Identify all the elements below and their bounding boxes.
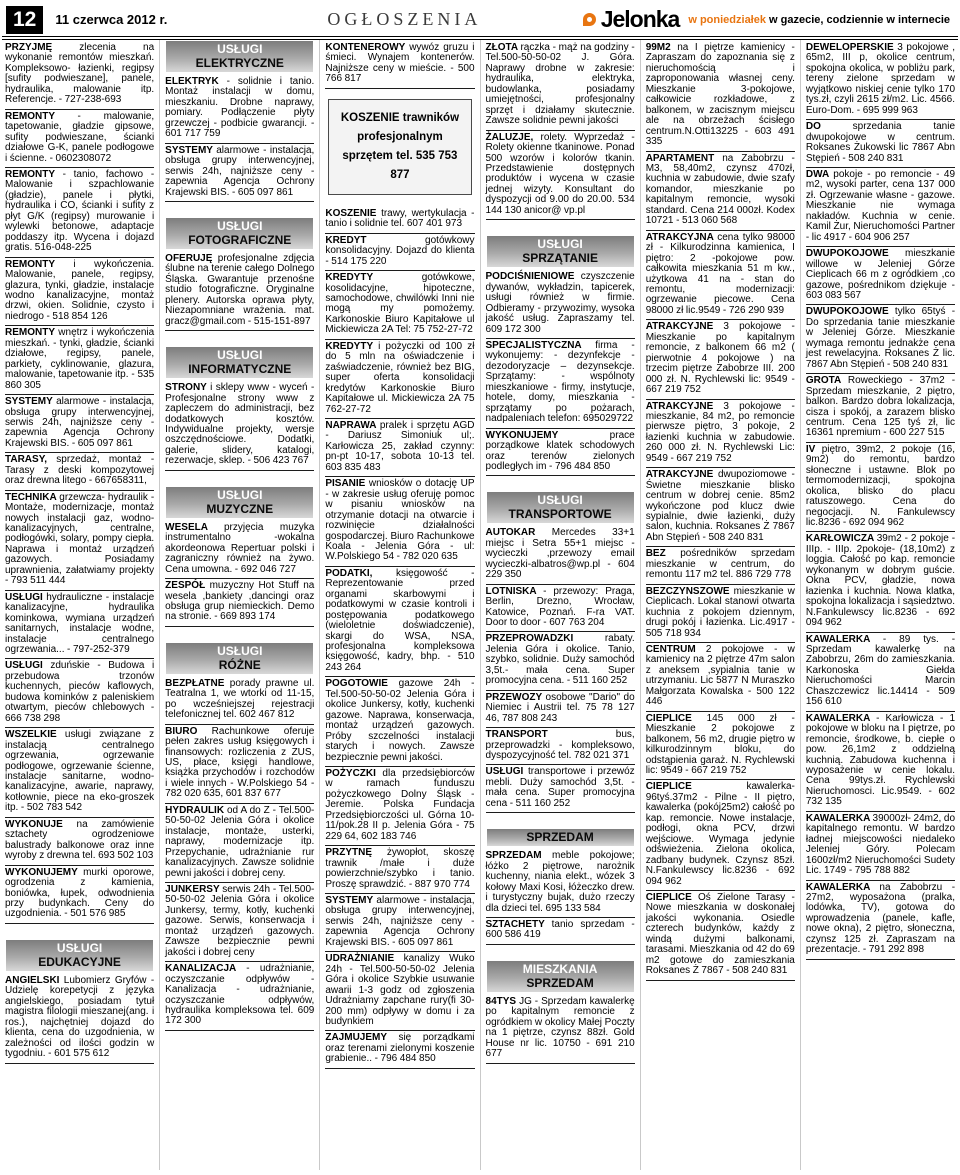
ad-lead-word: SYSTEMY: [5, 396, 56, 407]
classified-ad: REMONTY wnętrz i wykończenia mieszkań. -…: [5, 326, 154, 395]
classified-ad: TARASY, sprzedaż, montaż - Tarasy z desk…: [5, 453, 154, 490]
classified-ad: PRZEPROWADZKI rabaty. Jelenia Góra i oko…: [486, 632, 635, 690]
classified-ad: KOSZENIE trawy, wertykulacja - tanio i s…: [325, 207, 474, 234]
classified-ad: PODCIŚNIENIOWE czyszczenie dywanów, wykł…: [486, 270, 635, 339]
section-header-line: TRANSPORTOWE: [487, 507, 634, 521]
classified-ad: PRZYTNĘ żywopłot, skoszę trawnik /małe i…: [325, 846, 474, 894]
section-header: MIESZKANIASPRZEDAM: [487, 961, 634, 992]
ad-lead-word: SYSTEMY: [325, 895, 376, 906]
ad-lead-word: SZTACHETY: [486, 919, 552, 930]
page-header: 12 11 czerwca 2012 r. OGŁOSZENIA Jelonka…: [0, 0, 960, 36]
classified-ad: 84TYS JG - Sprzedam kawalerkę po kapital…: [486, 995, 635, 1064]
ad-lead-word: ATRAKCYJNE: [646, 321, 724, 332]
column-6: DEWELOPERSKIE 3 pokojowe , 65m2, III p, …: [800, 40, 960, 1170]
ad-lead-word: DWUPOKOJOWE: [806, 306, 895, 317]
classified-ad: ZAJMUJEMY się porządkami oraz terenami z…: [325, 1031, 474, 1068]
ad-lead-word: AUTOKAR: [486, 527, 552, 538]
ad-lead-word: BEZPŁATNE: [165, 678, 230, 689]
ad-lead-word: KAWALERKA: [806, 634, 883, 645]
section-header-line: FOTOGRAFICZNE: [166, 233, 313, 247]
classified-ad: DO sprzedania tanie dwupokojowe w centru…: [806, 120, 955, 168]
section-header: USŁUGIFOTOGRAFICZNE: [166, 218, 313, 249]
classified-ad: SZTACHETY tanio sprzedam - 600 586 419: [486, 918, 635, 945]
tagline-highlight: w poniedziałek: [688, 14, 766, 26]
ad-lead-word: REMONTY: [5, 327, 58, 338]
ad-lead-word: OFERUJĘ: [165, 253, 218, 264]
classified-ad: CIEPLICE Oś Zielone Tarasy - Nowe mieszk…: [646, 891, 795, 981]
section-header: USŁUGITRANSPORTOWE: [487, 492, 634, 523]
classified-ad: KREDYT gotówkowy konsolidacyjny. Dojazd …: [325, 234, 474, 271]
classified-ad: REMONTY i wykończenia. Malowanie, panele…: [5, 258, 154, 327]
classified-ad: JUNKERSY serwis 24h - Tel.500-50-50-02 J…: [165, 883, 314, 962]
ad-lead-word: HYDRAULIK: [165, 805, 227, 816]
ad-lead-word: 99M2: [646, 42, 678, 53]
ad-lead-word: KANALIZACJA: [165, 963, 246, 974]
section-header: USŁUGIEDUKACYJNE: [6, 940, 153, 971]
ad-lead-word: USŁUGI: [5, 660, 50, 671]
section-header-line: MUZYCZNE: [166, 502, 313, 516]
classified-ad: USŁUGI transportowe i przewóz mebli. Duż…: [486, 765, 635, 813]
column-1: PRZYJMĘ zlecenia na wykonanie remontów m…: [0, 40, 159, 1170]
classified-ad: APARTAMENT na Zabobrzu - M3, 58,40m2, cz…: [646, 152, 795, 231]
classified-ad: DWUPOKOJOWE mieszkanie willowe w Jelenie…: [806, 247, 955, 305]
ad-lead-word: PRZEPROWADZKI: [486, 633, 605, 644]
classified-ad: KAWALERKA - Karłowicza - 1 pokojowe w bl…: [806, 712, 955, 812]
classified-ad: POŻYCZKI dla przedsiębiorców w ramach fu…: [325, 767, 474, 846]
section-header-line: USŁUGI: [166, 644, 313, 658]
ad-lead-word: KARŁOWICZA: [806, 533, 877, 544]
section-title: OGŁOSZENIA: [327, 9, 481, 30]
ad-lead-word: KREDYTY: [325, 272, 421, 283]
classified-ad: SYSTEMY alarmowe - instalacja, obsługa g…: [165, 144, 314, 202]
ad-lead-word: NAPRAWA: [325, 420, 380, 431]
ad-lead-word: PRZEWOZY: [486, 692, 546, 703]
classified-ad: SYSTEMY alarmowe - instalacja, obsługa g…: [325, 894, 474, 952]
ad-lead-word: TECHNIKA: [5, 492, 59, 503]
classified-ad: AUTOKAR Mercedes 33+1 miejsc i Setra 55+…: [486, 526, 635, 584]
ad-lead-word: ATRAKCYJNE: [646, 469, 718, 480]
column-5: 99M2 na I piętrze kamienicy - Zapraszam …: [640, 40, 800, 1170]
classified-ad: BEZPŁATNE porady prawne ul. Teatralna 1,…: [165, 677, 314, 725]
ad-lead-word: KONTENEROWY: [325, 42, 409, 53]
classified-ad: ANGIELSKI Lubomierz Gryfów - Udzielę kor…: [5, 974, 154, 1064]
section-header-line: EDUKACYJNE: [6, 955, 153, 969]
classified-ad: WYKONUJEMY prace porządkowe klatek schod…: [486, 429, 635, 477]
newspaper-page: 12 11 czerwca 2012 r. OGŁOSZENIA Jelonka…: [0, 0, 960, 1175]
classified-ad: KANALIZACJA - udrażnianie, oczyszczanie …: [165, 962, 314, 1031]
ad-lead-word: JUNKERSY: [165, 884, 222, 895]
section-header-line: INFORMATYCZNE: [166, 362, 313, 376]
section-header: USŁUGIELEKTRYCZNE: [166, 41, 313, 72]
ad-lead-word: DWA: [806, 169, 833, 180]
section-header-line: USŁUGI: [166, 42, 313, 56]
ad-lead-word: PISANIE: [325, 478, 369, 489]
ad-lead-word: REMONTY: [5, 169, 63, 180]
classified-ad: NAPRAWA pralek i sprzętu AGD - Dariusz S…: [325, 419, 474, 477]
classified-ad: SPRZEDAM meble pokojowe; łóżko 2 piętrow…: [486, 849, 635, 918]
ad-lead-word: STRONY: [165, 382, 210, 393]
ad-lead-word: DWUPOKOJOWE: [806, 248, 905, 259]
section-header-line: SPRZEDAM: [487, 830, 634, 844]
ad-lead-word: DO: [806, 121, 853, 132]
classified-ad: LOTNISKA - przewozy: Praga, Berlin, Drez…: [486, 585, 635, 633]
boxed-ad-line: sprzętem tel. 535 753: [332, 147, 467, 166]
classified-ad: BEZ pośredników sprzedam mieszkanie w ce…: [646, 547, 795, 584]
ad-lead-word: WYKONUJEMY: [5, 867, 83, 878]
classified-ad: KAWALERKA 39000zł- 24m2, do kapitalnego …: [806, 812, 955, 881]
classified-ad: WYKONUJE na zamówienie sztachety ogrodze…: [5, 818, 154, 866]
classified-ad: OFERUJĘ profesjonalne zdjęcia ślubne na …: [165, 252, 314, 331]
ad-lead-word: ELEKTRYK: [165, 76, 226, 87]
ad-lead-word: BEZCZYNSZOWE: [646, 586, 734, 597]
ad-lead-word: PODCIŚNIENIOWE: [486, 271, 581, 282]
ad-lead-word: TARASY,: [5, 454, 56, 465]
ad-lead-word: TRANSPORT: [486, 729, 616, 740]
classified-ad: GROTA Roweckiego - 37m2 - Sprzedam miesz…: [806, 374, 955, 443]
classified-ad: USŁUGI zduńskie - Budowa i przebudowa tr…: [5, 659, 154, 728]
jelonka-logo-icon: [583, 13, 596, 26]
column-3: KONTENEROWY wywóz gruzu i śmieci. Wynaje…: [319, 40, 479, 1170]
classified-ad: ŻALUZJE, rolety. Wyprzedaż - Rolety okie…: [486, 131, 635, 221]
section-header-line: SPRZĄTANIE: [487, 251, 634, 265]
section-header-line: USŁUGI: [166, 488, 313, 502]
section-header-line: MIESZKANIA: [487, 962, 634, 976]
classified-ad: STRONY i sklepy www - wyceń - Profesjona…: [165, 381, 314, 471]
ad-lead-word: DEWELOPERSKIE: [806, 42, 897, 53]
issue-date: 11 czerwca 2012 r.: [55, 12, 167, 27]
classified-ad: WSZELKIE usługi związane z instalacją ce…: [5, 728, 154, 818]
classified-ad: DWA pokoje - po remoncie - 49 m2, wysoki…: [806, 168, 955, 247]
column-2: USŁUGIELEKTRYCZNEELEKTRYK - solidnie i t…: [159, 40, 319, 1170]
ad-lead-word: BIURO: [165, 726, 212, 737]
ad-lead-word: ANGIELSKI: [5, 975, 64, 986]
ad-lead-word: KAWALERKA: [806, 882, 880, 893]
classified-ad: ATRAKCYJNA cena tylko 98000 zł - Kilkuro…: [646, 231, 795, 321]
masthead: Jelonka w poniedziałek w gazecie, codzie…: [583, 6, 950, 33]
column-4: ZŁOTA rączka - mąż na godziny - Tel.500-…: [480, 40, 640, 1170]
classified-ad: REMONTY - malowanie, tapetowanie, gładzi…: [5, 110, 154, 168]
classified-ad: 99M2 na I piętrze kamienicy - Zapraszam …: [646, 41, 795, 152]
classified-ad: ATRAKCYJNE 3 pokojowe - Mieszkanie po ka…: [646, 320, 795, 399]
ad-lead-word: KOSZENIE: [325, 208, 381, 219]
ad-lead-word: CENTRUM: [646, 644, 706, 655]
classified-ad: SPECJALISTYCZNA firma - wykonujemy: - de…: [486, 339, 635, 429]
boxed-ad-line: 877: [332, 166, 467, 185]
classified-ad: KREDYTY i pożyczki od 100 zł do 5 mln na…: [325, 340, 474, 419]
ad-lead-word: CIEPLICE: [646, 713, 707, 724]
ad-lead-word: CIEPLICE: [646, 781, 747, 792]
ad-lead-word: PRZYTNĘ: [325, 847, 387, 858]
classified-ad: KONTENEROWY wywóz gruzu i śmieci. Wynaje…: [325, 41, 474, 89]
ad-lead-word: LOTNISKA: [486, 586, 544, 597]
classified-ad: SYSTEMY alarmowe - instalacja, obsługa g…: [5, 395, 154, 453]
ad-lead-word: USŁUGI: [5, 592, 46, 603]
classified-ad: DWUPOKOJOWE tylko 65tyś - Do sprzedania …: [806, 305, 955, 374]
section-header-line: USŁUGI: [6, 941, 153, 955]
ad-lead-word: WYKONUJEMY: [486, 430, 610, 441]
section-header: USŁUGIRÓŻNE: [166, 643, 313, 674]
ad-lead-word: ZESPÓŁ: [165, 580, 209, 591]
classified-ad: CENTRUM 2 pokojowe - w kamienicy na 2 pi…: [646, 643, 795, 712]
tagline-rest: w gazecie, codziennie w internecie: [766, 14, 950, 26]
ad-lead-word: USŁUGI: [486, 766, 528, 777]
ad-lead-word: BEZ: [646, 548, 681, 559]
section-header-line: ELEKTRYCZNE: [166, 56, 313, 70]
ad-lead-word: KAWALERKA: [806, 813, 873, 824]
ad-lead-word: KAWALERKA: [806, 713, 876, 724]
classified-ad: POGOTOWIE gazowe 24h - Tel.500-50-50-02 …: [325, 677, 474, 767]
classified-ad: BEZCZYNSZOWE mieszkanie w Cieplicach. Lo…: [646, 585, 795, 643]
jelonka-logo-text: Jelonka: [601, 6, 680, 33]
masthead-tagline: w poniedziałek w gazecie, codziennie w i…: [688, 14, 950, 26]
ad-lead-word: WSZELKIE: [5, 729, 65, 740]
boxed-ad-line: KOSZENIE trawników: [332, 109, 467, 128]
classified-ad: PRZYJMĘ zlecenia na wykonanie remontów m…: [5, 41, 154, 110]
section-header-line: USŁUGI: [487, 493, 634, 507]
ad-lead-word: KREDYTY: [325, 341, 378, 352]
ad-lead-word: SPRZEDAM: [486, 850, 553, 861]
ad-lead-word: GROTA: [806, 375, 848, 386]
section-header: USŁUGIINFORMATYCZNE: [166, 347, 313, 378]
ad-lead-word: POŻYCZKI: [325, 768, 382, 779]
section-header-line: USŁUGI: [166, 219, 313, 233]
section-header: SPRZEDAM: [487, 829, 634, 846]
section-header-line: USŁUGI: [487, 237, 634, 251]
section-header-line: USŁUGI: [166, 348, 313, 362]
classified-ad: CIEPLICE 145 000 zł - Mieszkanie 2 pokoj…: [646, 712, 795, 781]
classified-ad: CIEPLICE kawalerka- 96tyś.37m2 - Pilne -…: [646, 780, 795, 891]
classified-ad: USŁUGI hydrauliczne - instalacje kanaliz…: [5, 591, 154, 660]
classified-ad: BIURO Rachunkowe oferuje pełen zakres us…: [165, 725, 314, 804]
classified-ad: WESELA przyjęcia muzyka instrumentalno -…: [165, 521, 314, 579]
ad-lead-word: POGOTOWIE: [325, 678, 398, 689]
classified-ad: TECHNIKA grzewcza- hydraulik - Montaże, …: [5, 491, 154, 591]
ad-lead-word: 84TYS: [486, 996, 520, 1007]
section-header: USŁUGISPRZĄTANIE: [487, 236, 634, 267]
classified-ad: KARŁOWICZA 39m2 - 2 pokoje - IIIp. - III…: [806, 532, 955, 632]
classified-ad: PRZEWOZY osobowe "Dario" do Niemiec i Au…: [486, 691, 635, 728]
classified-ad: ZŁOTA rączka - mąż na godziny - Tel.500-…: [486, 41, 635, 131]
classified-ad: WYKONUJEMY murki oporowe, ogrodzenia z k…: [5, 866, 154, 924]
classified-ad: KAWALERKA na Zabobrzu - 27m2, wyposażona…: [806, 881, 955, 960]
classified-ad: HYDRAULIK od A do Z - Tel.500-50-50-02 J…: [165, 804, 314, 883]
ad-lead-word: WYKONUJE: [5, 819, 77, 830]
ad-lead-word: ŻALUZJE,: [486, 132, 541, 143]
ad-lead-word: IV: [806, 444, 822, 455]
classified-ad: KREDYTY gotówkowe, kosolidacyjne, hipote…: [325, 271, 474, 340]
classified-ad: UDRAŻNIANIE kanalizy Wuko 24h - Tel.500-…: [325, 952, 474, 1031]
ad-lead-word: ATRAKCYJNE: [646, 401, 724, 412]
ad-lead-word: PRZYJMĘ: [5, 42, 79, 53]
page-number: 12: [6, 6, 43, 34]
ad-lead-word: APARTAMENT: [646, 153, 723, 164]
section-header: USŁUGIMUZYCZNE: [166, 487, 313, 518]
ad-lead-word: WESELA: [165, 522, 224, 533]
ad-lead-word: ZAJMUJEMY: [325, 1032, 398, 1043]
ad-lead-word: SYSTEMY: [165, 145, 216, 156]
boxed-ad-line: profesjonalnym: [332, 128, 467, 147]
classified-ad: ATRAKCYJNE 3 pokojowe - mieszkanie, 84 m…: [646, 400, 795, 469]
ad-lead-word: ATRAKCYJNA: [646, 232, 718, 243]
classified-ad: KAWALERKA - 89 tys. - Sprzedam kawalerkę…: [806, 633, 955, 712]
classified-ad: DEWELOPERSKIE 3 pokojowe , 65m2, III p, …: [806, 41, 955, 120]
classified-ad: ZESPÓŁ muzyczny Hot Stuff na wesela ,ban…: [165, 579, 314, 627]
section-header-line: RÓŻNE: [166, 658, 313, 672]
ad-lead-word: SPECJALISTYCZNA: [486, 340, 596, 351]
classified-ad: PODATKI, księgowość - Reprezentowanie pr…: [325, 567, 474, 678]
classified-ad: ELEKTRYK - solidnie i tanio. Montaż inst…: [165, 75, 314, 144]
classified-ad: REMONTY - tanio, fachowo - Malowanie i s…: [5, 168, 154, 258]
ad-lead-word: REMONTY: [5, 259, 73, 270]
ad-lead-word: PODATKI,: [325, 568, 396, 579]
ad-lead-word: KREDYT: [325, 235, 425, 246]
ad-lead-word: ZŁOTA: [486, 42, 521, 53]
classified-ad: IV piętro, 39m2, 2 pokoje (16, 9m2) do r…: [806, 443, 955, 533]
ad-lead-word: UDRAŻNIANIE: [325, 953, 403, 964]
classified-ad: TRANSPORT bus, przeprowadzki - komplekso…: [486, 728, 635, 765]
classified-ad: ATRAKCYJNE dwupoziomowe - Świetne mieszk…: [646, 468, 795, 547]
classified-ad: PISANIE wniosków o dotację UP - w zakres…: [325, 477, 474, 567]
ad-lead-word: REMONTY: [5, 111, 78, 122]
boxed-ad: KOSZENIE trawnikówprofesjonalnymsprzętem…: [328, 99, 471, 195]
columns-container: PRZYJMĘ zlecenia na wykonanie remontów m…: [0, 40, 960, 1170]
ad-lead-word: CIEPLICE: [646, 892, 698, 903]
section-header-line: SPRZEDAM: [487, 976, 634, 990]
